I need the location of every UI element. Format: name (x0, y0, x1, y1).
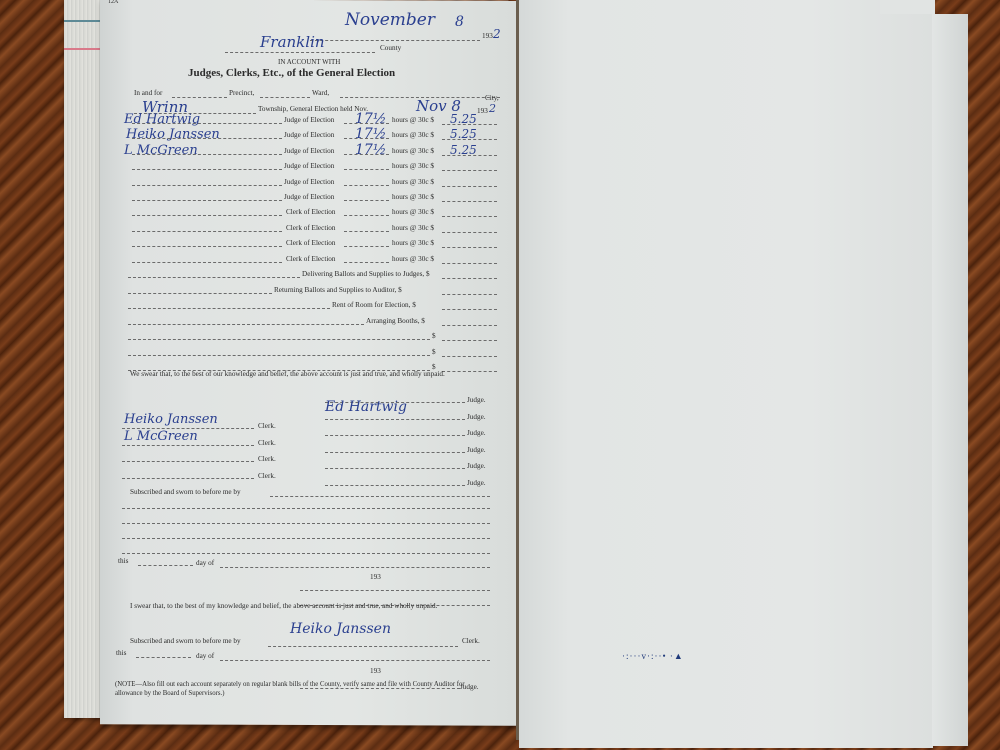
clerk-signature: Heiko Janssen (290, 621, 391, 637)
right-page-stack (932, 14, 968, 746)
official-hours: 17½ (355, 126, 386, 142)
official-amount: 5.25 (450, 143, 477, 157)
clerk-name: Heiko Janssen (124, 412, 218, 427)
official-role: Judge of Election (284, 178, 334, 186)
county-value: Franklin (260, 33, 325, 51)
form-heading: Judges, Clerks, Etc., of the General Ele… (188, 67, 395, 79)
expense-label: Rent of Room for Election, $ (332, 301, 416, 309)
official-role: Judge of Election (284, 131, 334, 139)
oath-single: I swear that, to the best of my knowledg… (130, 602, 502, 611)
left-page-edges (64, 0, 104, 718)
date-month: November (345, 10, 435, 30)
official-role: Judge of Election (284, 116, 334, 124)
form-number: 12A (108, 0, 118, 5)
official-role: Judge of Election (284, 193, 334, 201)
ink-marks: ·:···v·:··• ·▲ (622, 651, 684, 661)
expense-label: Returning Ballots and Supplies to Audito… (274, 286, 402, 294)
official-role: Judge of Election (284, 147, 334, 155)
oath-group: We swear that, to the best of our knowle… (130, 370, 500, 379)
expense-label: Delivering Ballots and Supplies to Judge… (302, 270, 430, 278)
official-amount: 5.25 (450, 112, 477, 126)
official-hours: 17½ (355, 111, 386, 127)
right-page (519, 0, 933, 748)
clerk-name: L McGreen (124, 429, 198, 444)
expense-label: $ (432, 348, 436, 356)
official-name: Ed Hartwig (124, 112, 200, 127)
official-amount: 5.25 (450, 127, 477, 141)
official-role: Judge of Election (284, 162, 334, 170)
official-name: Heiko Janssen (126, 127, 220, 142)
in-account-with: IN ACCOUNT WITH (278, 58, 340, 66)
official-role: Clerk of Election (286, 255, 336, 263)
expense-label: Arranging Booths, $ (366, 317, 425, 325)
judge-name: Ed Hartwig (325, 399, 407, 415)
date-day: 8 (455, 14, 464, 30)
expense-label: $ (432, 332, 436, 340)
official-role: Clerk of Election (286, 208, 336, 216)
official-role: Clerk of Election (286, 239, 336, 247)
official-name: L McGreen (124, 143, 198, 158)
form-note: (NOTE—Also fill out each account separat… (115, 680, 487, 698)
official-role: Clerk of Election (286, 224, 336, 232)
official-hours: 17½ (355, 142, 386, 158)
